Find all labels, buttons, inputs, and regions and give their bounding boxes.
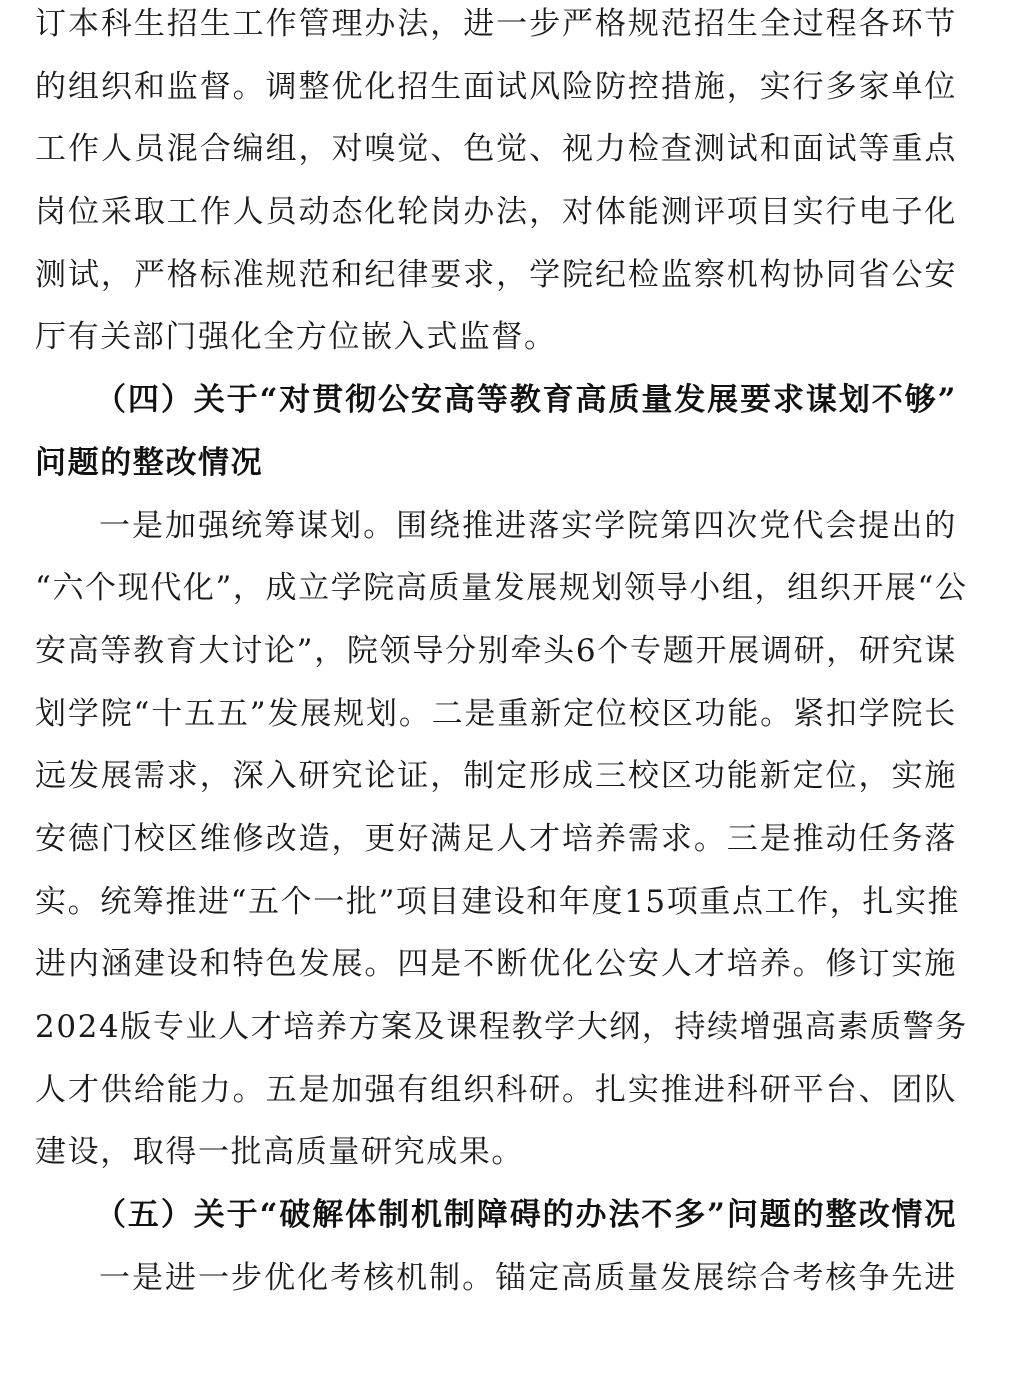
text-line: “六个现代化”，成立学院高质量发展规划领导小组，组织开展“公 (35, 557, 957, 620)
section-heading-4: （四）关于“对贯彻公安高等教育高质量发展要求谋划不够” 问题的整改情况 (35, 369, 957, 494)
text-line: 工作人员混合编组，对嗅觉、色觉、视力检查测试和面试等重点 (35, 118, 957, 181)
heading-line: （四）关于“对贯彻公安高等教育高质量发展要求谋划不够” (35, 369, 957, 432)
paragraph-assessment-mechanism: 一是进一步优化考核机制。锚定高质量发展综合考核争先进 (35, 1247, 957, 1310)
text-line: 测试，严格标准规范和纪律要求，学院纪检监察机构协同省公安 (35, 244, 957, 307)
text-line: 安德门校区维修改造，更好满足人才培养需求。三是推动任务落 (35, 808, 957, 871)
text-line: 厅有关部门强化全方位嵌入式监督。 (35, 306, 957, 369)
heading-line: 问题的整改情况 (35, 432, 957, 495)
text-line: 划学院“十五五”发展规划。二是重新定位校区功能。紧扣学院长 (35, 683, 957, 746)
text-line: 一是进一步优化考核机制。锚定高质量发展综合考核争先进 (35, 1247, 957, 1310)
paragraph-admissions-supervision: 订本科生招生工作管理办法，进一步严格规范招生全过程各环节 的组织和监督。调整优化… (35, 0, 957, 369)
text-line: 远发展需求，深入研究论证，制定形成三校区功能新定位，实施 (35, 745, 957, 808)
text-line: 人才供给能力。五是加强有组织科研。扎实推进科研平台、团队 (35, 1059, 957, 1122)
text-line: 建设，取得一批高质量研究成果。 (35, 1121, 957, 1184)
text-line: 岗位采取工作人员动态化轮岗办法，对体能测评项目实行电子化 (35, 181, 957, 244)
text-line: 的组织和监督。调整优化招生面试风险防控措施，实行多家单位 (35, 56, 957, 119)
heading-line: （五）关于“破解体制机制障碍的办法不多”问题的整改情况 (35, 1184, 957, 1247)
text-line: 一是加强统筹谋划。围绕推进落实学院第四次党代会提出的 (35, 495, 957, 558)
text-line: 进内涵建设和特色发展。四是不断优化公安人才培养。修订实施 (35, 933, 957, 996)
paragraph-planning-rectification: 一是加强统筹谋划。围绕推进落实学院第四次党代会提出的 “六个现代化”，成立学院高… (35, 495, 957, 1185)
text-line: 安高等教育大讨论”，院领导分别牵头6个专题开展调研，研究谋 (35, 620, 957, 683)
text-line: 订本科生招生工作管理办法，进一步严格规范招生全过程各环节 (35, 0, 957, 56)
text-line: 2024版专业人才培养方案及课程教学大纲，持续增强高素质警务 (35, 996, 957, 1059)
section-heading-5: （五）关于“破解体制机制障碍的办法不多”问题的整改情况 (35, 1184, 957, 1247)
text-line: 实。统筹推进“五个一批”项目建设和年度15项重点工作，扎实推 (35, 871, 957, 934)
document-page: 订本科生招生工作管理办法，进一步严格规范招生全过程各环节 的组织和监督。调整优化… (35, 0, 957, 1309)
